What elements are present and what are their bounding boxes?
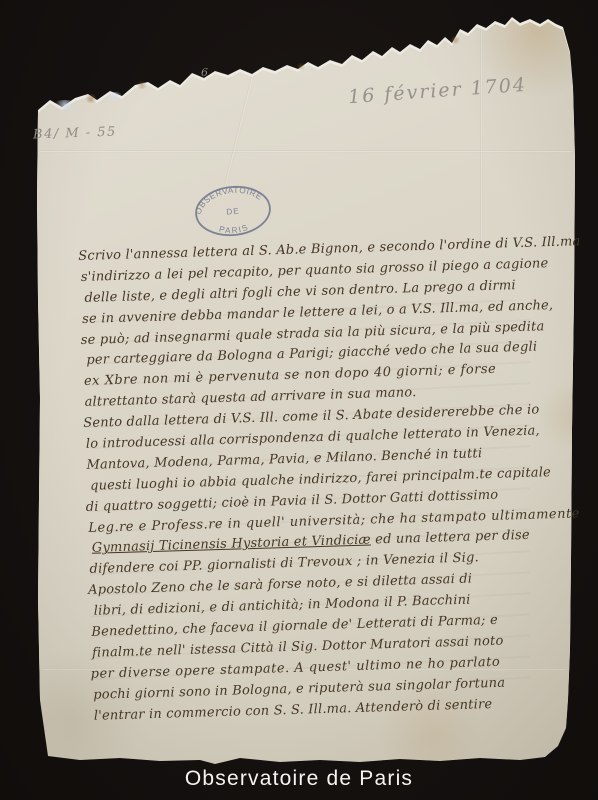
- archive-photo: B4/ M - 55 16 février 1704 6 OBSERVATOIR…: [0, 0, 598, 800]
- shelfmark-annotation: B4/ M - 55: [33, 125, 117, 143]
- photo-caption: Observatoire de Paris: [0, 767, 598, 791]
- letter-text-block: Scrivo l'annessa lettera al S. Ab.e Bign…: [80, 233, 580, 728]
- stamp-text-middle: DE: [226, 206, 240, 216]
- observatoire-stamp: OBSERVATOIRE DE PARIS: [189, 177, 277, 245]
- stamp-oval-icon: OBSERVATOIRE DE PARIS: [189, 177, 277, 245]
- pencil-corner-mark: 6: [201, 66, 208, 79]
